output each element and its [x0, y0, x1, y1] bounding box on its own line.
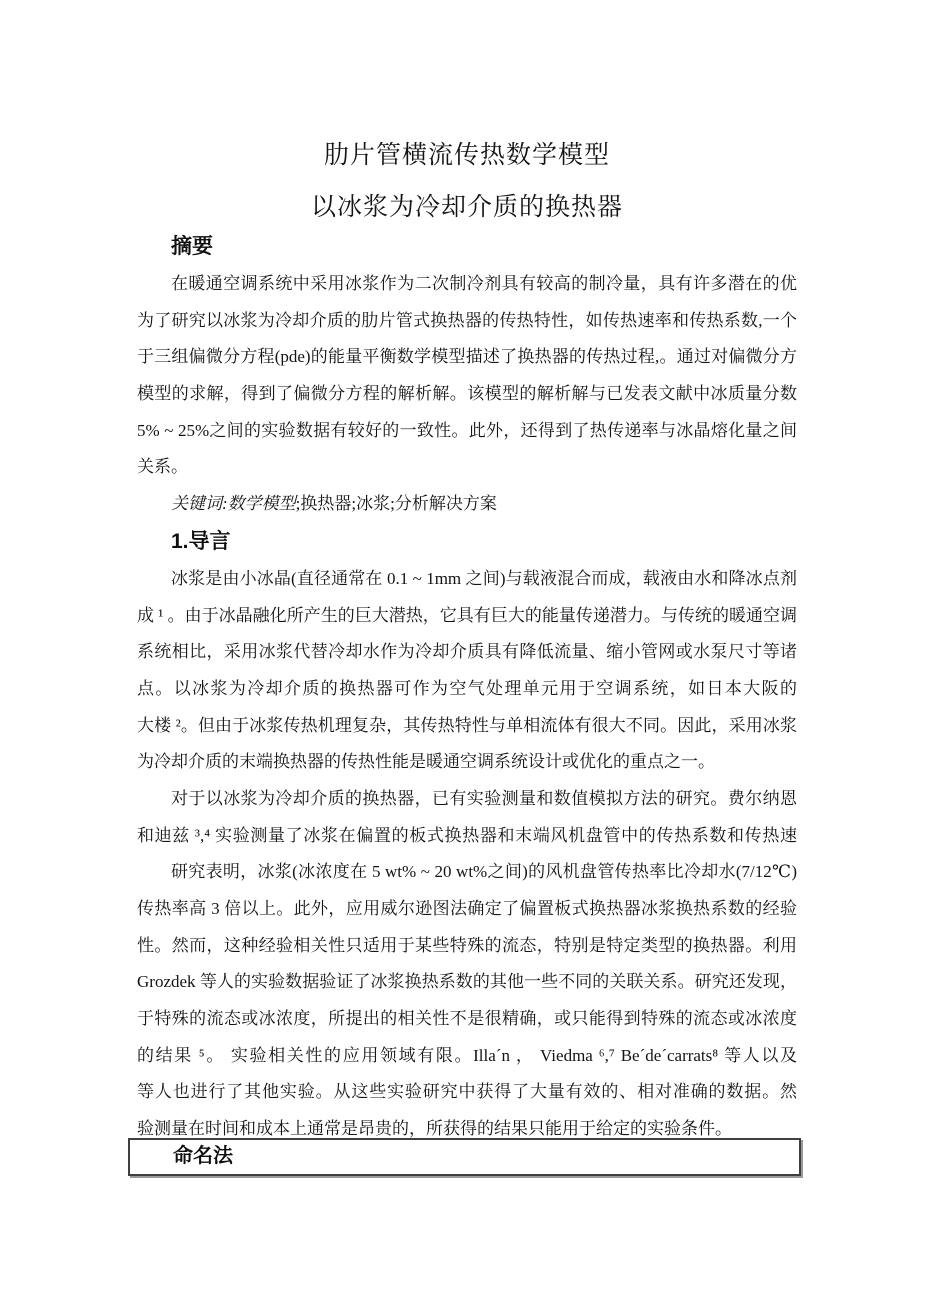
keywords-rest: ;换热器;冰浆;分析解决方案 [296, 494, 497, 513]
text-line: 冰浆是由小冰晶(直径通常在 0.1 ~ 1mm 之间)与载液混合而成，载液由水和… [137, 561, 797, 598]
text-line: 对于以冰浆为冷却介质的换热器，已有实验测量和数值模拟方法的研究。费尔纳恩代斯 [137, 781, 797, 818]
intro-paragraph-2: 对于以冰浆为冷却介质的换热器，已有实验测量和数值模拟方法的研究。费尔纳恩代斯和迪… [137, 781, 797, 854]
text-line: 为冷却介质的末端换热器的传热性能是暖通空调系统设计或优化的重点之一。 [137, 744, 797, 781]
text-line: 点。以冰浆为冷却介质的换热器可作为空气处理单元用于空调系统，如日本大阪的 CAP… [137, 671, 797, 708]
text-line: 于特殊的流态或冰浓度，所提出的相关性不是很精确，或只能得到特殊的流态或冰浓度精确 [137, 1001, 797, 1038]
keywords-label: 关键词:数学模型 [171, 494, 296, 513]
text-line: 在暖通空调系统中采用冰浆作为二次制冷剂具有较高的制冷量，具有许多潜在的优点。 [137, 266, 797, 303]
text-line: 为了研究以冰浆为冷却介质的肋片管式换热器的传热特性，如传热速率和传热系数,一个基 [137, 303, 797, 340]
text-line: 模型的求解，得到了偏微分方程的解析解。该模型的解析解与已发表文献中冰质量分数在 [137, 376, 797, 413]
text-line: 于三组偏微分方程(pde)的能量平衡数学模型描述了换热器的传热过程,。通过对偏微… [137, 339, 797, 376]
text-line: 等人也进行了其他实验。从这些实验研究中获得了大量有效的、相对准确的数据。然而，实 [137, 1074, 797, 1111]
abstract-paragraph: 在暖通空调系统中采用冰浆作为二次制冷剂具有较高的制冷量，具有许多潜在的优点。为了… [137, 266, 797, 486]
text-line: 关系。 [137, 449, 797, 486]
text-line: 传热率高 3 倍以上。此外，应用威尔逊图法确定了偏置板式换热器冰浆换热系数的经验… [137, 891, 797, 928]
document-page: 肋片管横流传热数学模型 以冰浆为冷却介质的换热器 摘要 在暖通空调系统中采用冰浆… [0, 0, 926, 1309]
text-line: 性。然而，这种经验相关性只适用于某些特殊的流态，特别是特定类型的换热器。利用 [137, 928, 797, 965]
keywords-line: 关键词:数学模型;换热器;冰浆;分析解决方案 [137, 486, 797, 523]
text-line: 大楼 ²。但由于冰浆传热机理复杂，其传热特性与单相流体有很大不同。因此，采用冰浆… [137, 708, 797, 745]
text-line: 系统相比，采用冰浆代替冷却水作为冷却介质具有降低流量、缩小管网或水泵尺寸等诸多优 [137, 634, 797, 671]
text-line: 和迪兹 ³,⁴ 实验测量了冰浆在偏置的板式换热器和末端风机盘管中的传热系数和传热… [137, 818, 797, 855]
introduction-heading: 1.导言 [137, 523, 797, 561]
text-line: 的结果 ⁵。 实验相关性的应用领域有限。Illa´n ， Viedma ⁶,⁷ … [137, 1038, 797, 1075]
text-line: 研究表明，冰浆(冰浓度在 5 wt% ~ 20 wt%之间)的风机盘管传热率比冷… [137, 854, 797, 891]
intro-paragraph-1: 冰浆是由小冰晶(直径通常在 0.1 ~ 1mm 之间)与载液混合而成，载液由水和… [137, 561, 797, 781]
text-line: 5% ~ 25%之间的实验数据有较好的一致性。此外，还得到了热传递率与冰晶熔化量… [137, 413, 797, 450]
text-line: 验测量在时间和成本上通常是昂贵的，所获得的结果只能用于给定的实验条件。 [137, 1111, 797, 1148]
doc-title-line1: 肋片管横流传热数学模型 [137, 130, 797, 182]
text-line: Grozdek 等人的实验数据验证了冰浆换热系数的其他一些不同的关联关系。研究还… [137, 964, 797, 1001]
text-line: 成 ¹ 。由于冰晶融化所产生的巨大潜热，它具有巨大的能量传递潜力。与传统的暖通空… [137, 598, 797, 635]
intro-paragraph-3: 研究表明，冰浆(冰浓度在 5 wt% ~ 20 wt%之间)的风机盘管传热率比冷… [137, 854, 797, 1148]
doc-title-line2: 以冰浆为冷却介质的换热器 [137, 182, 797, 234]
